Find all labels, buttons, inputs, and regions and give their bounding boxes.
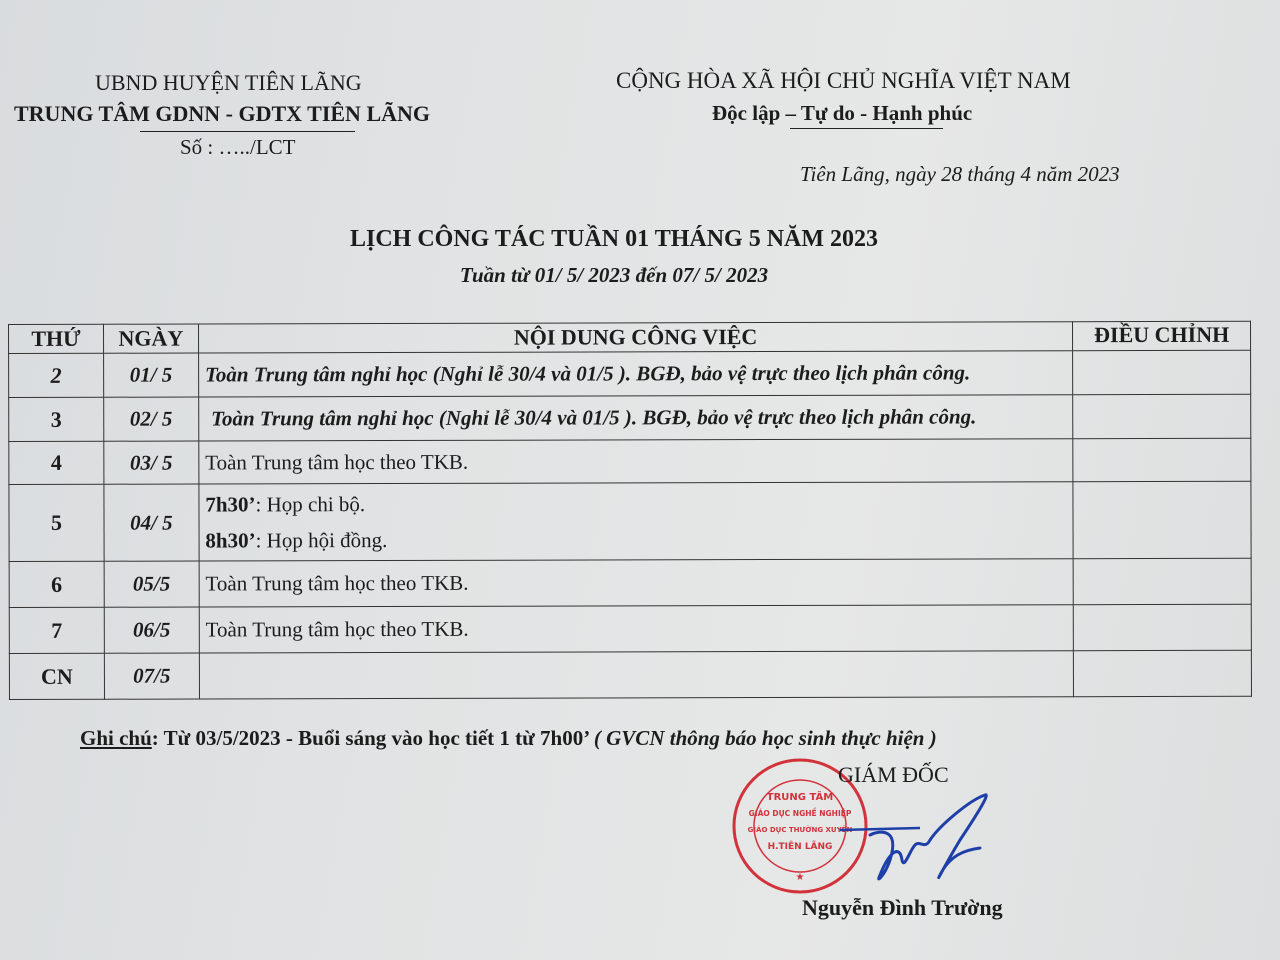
cell-adjust bbox=[1073, 350, 1251, 394]
cell-ngay: 05/5 bbox=[104, 561, 199, 607]
agenda-item: 8h30’: Họp hội đồng. bbox=[205, 520, 1067, 558]
table-row: 4 03/ 5 Toàn Trung tâm học theo TKB. bbox=[9, 438, 1251, 484]
cell-content: Toàn Trung tâm học theo TKB. bbox=[199, 439, 1074, 484]
cell-thu: 5 bbox=[9, 484, 104, 561]
authority-name: UBND HUYỆN TIÊN LÃNG bbox=[95, 70, 362, 96]
header-adjust: ĐIỀU CHỈNH bbox=[1073, 321, 1251, 350]
table-row: CN 07/5 bbox=[9, 650, 1251, 699]
cell-thu: 7 bbox=[9, 607, 104, 653]
place-date: Tiên Lãng, ngày 28 tháng 4 năm 2023 bbox=[800, 162, 1120, 187]
organization-name: TRUNG TÂM GDNN - GDTX TIÊN LÃNG bbox=[14, 101, 430, 127]
cell-adjust bbox=[1073, 481, 1251, 558]
agenda-item: 7h30’: Họp chi bộ. bbox=[205, 484, 1067, 522]
table-row: 5 04/ 5 7h30’: Họp chi bộ. 8h30’: Họp hộ… bbox=[9, 481, 1251, 561]
cell-content: Toàn Trung tâm học theo TKB. bbox=[199, 605, 1074, 653]
cell-thu: 2 bbox=[9, 353, 104, 397]
table-row: 3 02/ 5 Toàn Trung tâm nghỉ học (Nghỉ lễ… bbox=[9, 394, 1251, 441]
cell-content: Toàn Trung tâm nghỉ học (Nghỉ lễ 30/4 và… bbox=[199, 395, 1074, 441]
agenda-text: : Họp hội đồng. bbox=[256, 528, 388, 552]
document-number: Số : …../LCT bbox=[180, 135, 296, 160]
cell-adjust bbox=[1073, 394, 1251, 438]
cell-thu: 3 bbox=[9, 397, 104, 441]
svg-text:★: ★ bbox=[796, 872, 805, 883]
cell-ngay: 06/5 bbox=[104, 607, 199, 653]
svg-text:GIÁO DỤC NGHỀ NGHIỆP: GIÁO DỤC NGHỀ NGHIỆP bbox=[749, 808, 852, 818]
agenda-time: 7h30’ bbox=[205, 492, 255, 516]
cell-ngay: 04/ 5 bbox=[104, 484, 199, 561]
signer-name: Nguyễn Đình Trường bbox=[802, 895, 1003, 921]
agenda-time: 8h30’ bbox=[205, 528, 255, 552]
cell-content bbox=[199, 651, 1074, 699]
document-title: LỊCH CÔNG TÁC TUẦN 01 THÁNG 5 NĂM 2023 bbox=[0, 226, 1228, 253]
note-text: : Từ 03/5/2023 - Buổi sáng vào học tiết … bbox=[152, 726, 594, 750]
cell-content: Toàn Trung tâm học theo TKB. bbox=[199, 559, 1074, 607]
svg-text:TRUNG TÂM: TRUNG TÂM bbox=[767, 790, 833, 803]
note: Ghi chú: Từ 03/5/2023 - Buổi sáng vào họ… bbox=[80, 726, 937, 751]
signature-icon bbox=[840, 790, 1010, 910]
agenda-text: : Họp chi bộ. bbox=[255, 492, 365, 516]
cell-ngay: 01/ 5 bbox=[103, 353, 198, 397]
cell-thu: CN bbox=[9, 653, 104, 699]
cell-thu: 4 bbox=[9, 441, 104, 484]
svg-text:GIÁO DỤC THƯỜNG XUYÊN: GIÁO DỤC THƯỜNG XUYÊN bbox=[748, 825, 853, 834]
table-row: 7 06/5 Toàn Trung tâm học theo TKB. bbox=[9, 604, 1251, 653]
cell-ngay: 07/5 bbox=[104, 653, 199, 699]
schedule-table: THỨ NGÀY NỘI DUNG CÔNG VIỆC ĐIỀU CHỈNH 2… bbox=[8, 321, 1252, 700]
table-row: 6 05/5 Toàn Trung tâm học theo TKB. bbox=[9, 558, 1251, 607]
note-label: Ghi chú bbox=[80, 726, 152, 750]
cell-adjust bbox=[1074, 604, 1252, 650]
cell-adjust bbox=[1074, 650, 1252, 696]
svg-text:H.TIÊN LÃNG: H.TIÊN LÃNG bbox=[768, 840, 833, 852]
header-content: NỘI DUNG CÔNG VIỆC bbox=[198, 322, 1073, 353]
motto: Độc lập – Tự do - Hạnh phúc bbox=[712, 101, 972, 126]
table-header-row: THỨ NGÀY NỘI DUNG CÔNG VIỆC ĐIỀU CHỈNH bbox=[9, 321, 1251, 353]
cell-thu: 6 bbox=[9, 561, 104, 607]
signer-title: GIÁM ĐỐC bbox=[838, 762, 949, 788]
table-row: 2 01/ 5 Toàn Trung tâm nghỉ học (Nghỉ lễ… bbox=[9, 350, 1251, 397]
divider bbox=[790, 128, 943, 129]
cell-content: Toàn Trung tâm nghỉ học (Nghỉ lễ 30/4 và… bbox=[198, 351, 1073, 397]
cell-ngay: 03/ 5 bbox=[104, 441, 199, 484]
divider bbox=[140, 131, 355, 132]
nation-title: CỘNG HÒA XÃ HỘI CHỦ NGHĨA VIỆT NAM bbox=[616, 68, 1071, 94]
document-subtitle: Tuần từ 01/ 5/ 2023 đến 07/ 5/ 2023 bbox=[0, 263, 1228, 288]
cell-adjust bbox=[1073, 558, 1251, 604]
note-italic: ( GVCN thông báo học sinh thực hiện ) bbox=[594, 726, 937, 750]
header-ngay: NGÀY bbox=[103, 324, 198, 353]
cell-adjust bbox=[1073, 438, 1251, 481]
cell-content: 7h30’: Họp chi bộ. 8h30’: Họp hội đồng. bbox=[199, 482, 1074, 561]
header-thu: THỨ bbox=[9, 324, 104, 353]
cell-ngay: 02/ 5 bbox=[104, 397, 199, 441]
